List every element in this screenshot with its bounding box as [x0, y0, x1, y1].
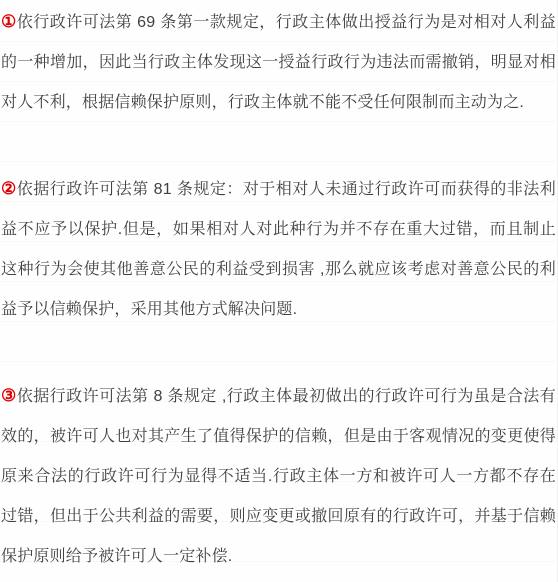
paragraph-1: ①依行政许可法第 69 条第一款规定，行政主体做出授益行为是对相对人利益的一种增… — [1, 2, 556, 123]
document-page: ①依行政许可法第 69 条第一款规定，行政主体做出授益行为是对相对人利益的一种增… — [0, 0, 558, 582]
paragraph-3: ③依据行政许可法第 8 条规定 ,行政主体最初做出的行政许可行为虽是合法有效的，… — [1, 376, 556, 577]
paragraph-3-text: 依据行政许可法第 8 条规定 ,行政主体最初做出的行政许可行为虽是合法有效的，被… — [1, 388, 556, 565]
circled-number-2-marker: ② — [1, 179, 17, 198]
paragraph-2-text: 依据行政许可法第 81 条规定：对于相对人未通过行政许可而获得的非法利益不应予以… — [1, 181, 556, 318]
circled-number-1-marker: ① — [1, 12, 17, 31]
paragraph-1-text: 依行政许可法第 69 条第一款规定，行政主体做出授益行为是对相对人利益的一种增加… — [1, 14, 556, 111]
paragraph-2: ②依据行政许可法第 81 条规定：对于相对人未通过行政许可而获得的非法利益不应予… — [1, 169, 556, 330]
circled-number-3-marker: ③ — [1, 386, 17, 405]
